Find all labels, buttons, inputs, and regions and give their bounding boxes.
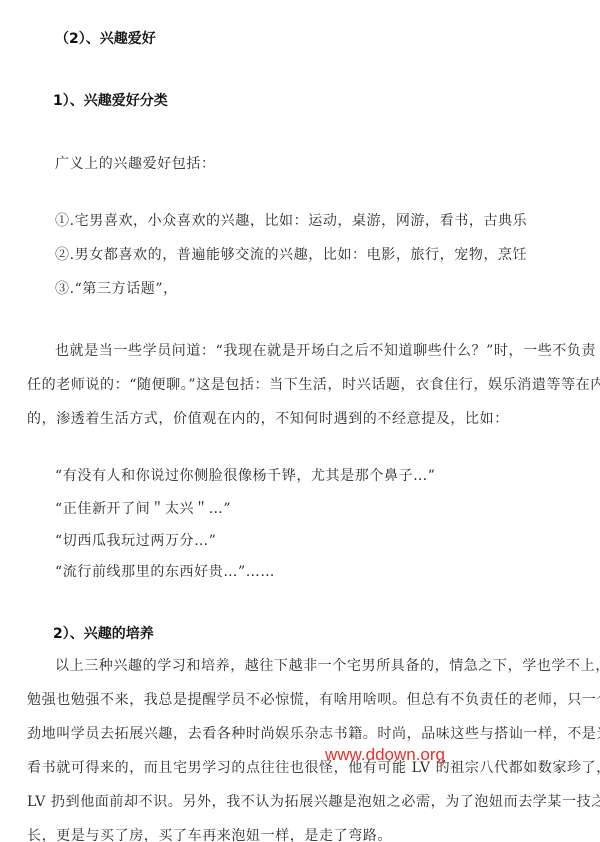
paragraph-line: 勉强也勉强不来，我总是提醒学员不必惊慌，有啥用啥呗。但总有不负责任的老师，只一个	[27, 691, 600, 709]
example-quote: “流行前线那里的东西好贵…”……	[55, 563, 275, 581]
subsection-heading-classification: 1）、兴趣爱好分类	[53, 92, 168, 110]
list-item: ②.男女都喜欢的，普遍能够交流的兴趣，比如：电影，旅行，宠物，烹饪	[55, 246, 527, 264]
paragraph-line: 以上三种兴趣的学习和培养，越往下越非一个宅男所具备的，情急之下，学也学不上，	[55, 657, 600, 675]
paragraph-line: 也就是当一些学员问道：“我现在就是开场白之后不知道聊些什么？”时，一些不负责	[55, 342, 596, 360]
example-quote: “正佳新开了间＂太兴＂…”	[55, 500, 231, 518]
paragraph-line: LV 扔到他面前却不识。另外，我不认为拓展兴趣是泡妞之必需，为了泡妞而去学某一技…	[27, 793, 600, 811]
watermark-text: www.ddown.org	[325, 745, 445, 765]
list-item: ③.“第三方话题”，	[55, 280, 178, 298]
example-quote: “切西瓜我玩过两万分…”	[55, 532, 217, 550]
paragraph-line: 看书就可得来的，而且宅男学习的点往往也很怪，他有可能 LV 的祖宗八代都如数家珍…	[27, 759, 600, 777]
intro-text: 广义上的兴趣爱好包括：	[55, 155, 216, 173]
paragraph-line: 的，渗透着生活方式，价值观在内的，不知何时遇到的不经意提及，比如：	[27, 410, 509, 428]
subsection-heading-cultivation: 2）、兴趣的培养	[53, 625, 154, 643]
paragraph-line: 任的老师说的：“随便聊。”这是包括：当下生活，时兴话题，衣食住行，娱乐消遣等等在…	[27, 376, 600, 394]
paragraph-line: 长，更是与买了房，买了车再来泡妞一样，是走了弯路。	[27, 827, 392, 842]
paragraph-line: 劲地叫学员去拓展兴趣，去看各种时尚娱乐杂志书籍。时尚，品味这些与搭讪一样，不是光	[27, 725, 600, 743]
list-item: ①.宅男喜欢，小众喜欢的兴趣，比如：运动，桌游，网游，看书，古典乐	[55, 212, 527, 230]
section-heading: （2）、兴趣爱好	[55, 30, 156, 48]
example-quote: “有没有人和你说过你侧脸很像杨千铧，尤其是那个鼻子…”	[55, 467, 436, 485]
